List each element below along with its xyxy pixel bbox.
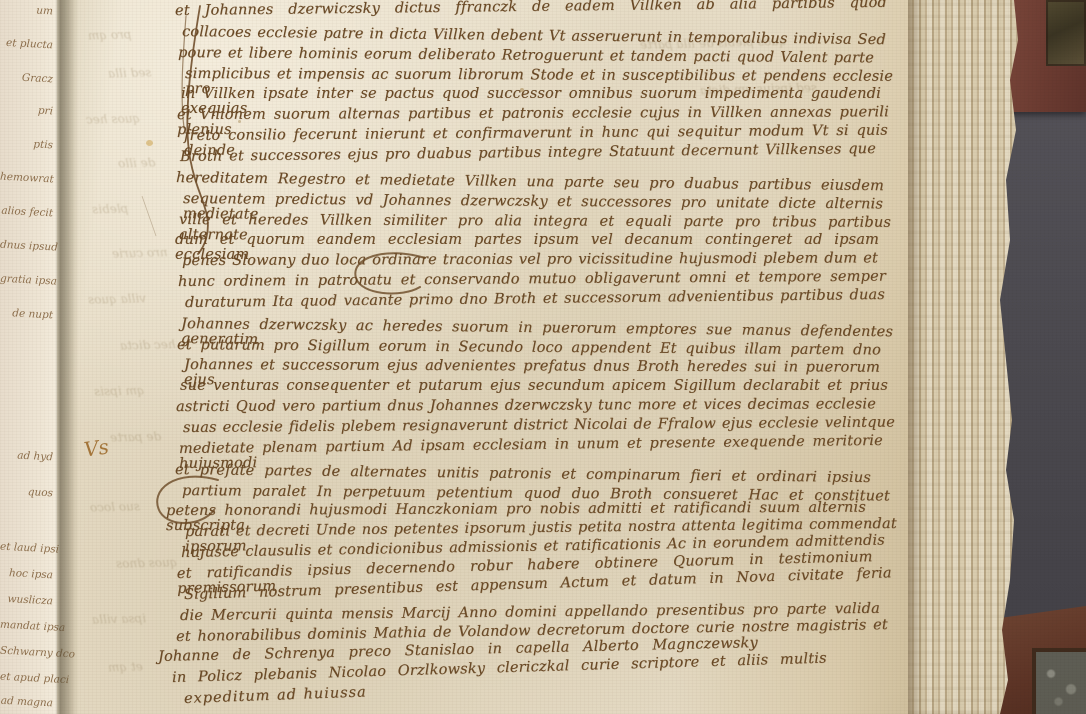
facing-page-text-fragment: hoc ipsa	[0, 567, 53, 582]
ghost-text-fragment: plebis	[92, 202, 129, 217]
ghost-text-fragment: de parte	[110, 429, 161, 444]
facing-page-text-fragment: ad magna	[0, 695, 53, 710]
ghost-text-fragment: quos hec	[86, 111, 141, 126]
ghost-text-fragment: qm ipsis	[94, 383, 145, 398]
ghost-text-fragment: ipsa villa	[92, 611, 146, 626]
facing-page-text-fragment: ptis	[0, 137, 53, 152]
ink-stain	[146, 140, 153, 146]
clasp-plate	[1046, 0, 1086, 66]
stone-patch	[1032, 648, 1086, 714]
ink-stain	[520, 88, 524, 92]
facing-page-text-fragment: alios fecit	[0, 205, 53, 220]
ghost-text-fragment: quos dnos	[116, 555, 178, 571]
ghost-text-fragment: pro qm	[88, 27, 132, 42]
margin-mark: Vs	[82, 434, 110, 461]
manuscript-line: sue venturas consequenter et putarum eju…	[180, 379, 888, 394]
leather-binding-bottom	[1000, 606, 1086, 714]
ghost-text-fragment: et qm	[108, 660, 143, 675]
facing-page-edge: umet pluctaGraczpriptishemowratalios fec…	[0, 0, 57, 714]
facing-page-text-fragment: et plucta	[0, 37, 53, 52]
manuscript-line: penes Slowany duo loca ordinare traconia…	[182, 252, 878, 269]
torn-fore-edge	[908, 0, 1018, 714]
facing-page-text-fragment: ad hyd	[0, 449, 53, 464]
ghost-text-fragment: villa quos	[88, 291, 146, 307]
facing-page-text-fragment: Gracz	[0, 71, 53, 86]
facing-page-text-fragment: mandat ipsa	[0, 619, 53, 634]
facing-page-text-fragment: pri	[0, 103, 53, 118]
ghost-text-fragment: sed illa	[108, 65, 152, 80]
facing-page-text-fragment: et laud ipsi	[0, 541, 53, 556]
manuscript-line: astricti Quod vero partium dnus Johannes…	[176, 397, 876, 414]
facing-page-text-fragment: hemowrat	[0, 171, 53, 186]
facing-page-text-fragment: gratia ipsa	[0, 273, 53, 288]
facing-page-text-fragment: quos	[0, 485, 53, 500]
ghost-text-fragment: suo loco	[90, 499, 140, 514]
ghost-text-fragment: de illo	[118, 156, 156, 171]
facing-page-text-fragment: de nupt	[0, 307, 53, 322]
facing-page-text-fragment: wuslicza	[0, 593, 53, 608]
manuscript-photo: umet pluctaGraczpriptishemowratalios fec…	[0, 0, 1086, 714]
facing-page-text-fragment: um	[0, 3, 53, 18]
facing-page-text-fragment: Schwarny dco	[0, 645, 53, 660]
facing-page-text-fragment: et apud placi	[0, 671, 53, 686]
page-gutter	[55, 0, 79, 714]
ghost-text-fragment: hec dicta	[120, 337, 176, 352]
ink-stain	[238, 120, 241, 123]
ghost-text-fragment: nro curie	[112, 245, 168, 260]
facing-page-text-fragment: dnus ipsud	[0, 239, 53, 254]
